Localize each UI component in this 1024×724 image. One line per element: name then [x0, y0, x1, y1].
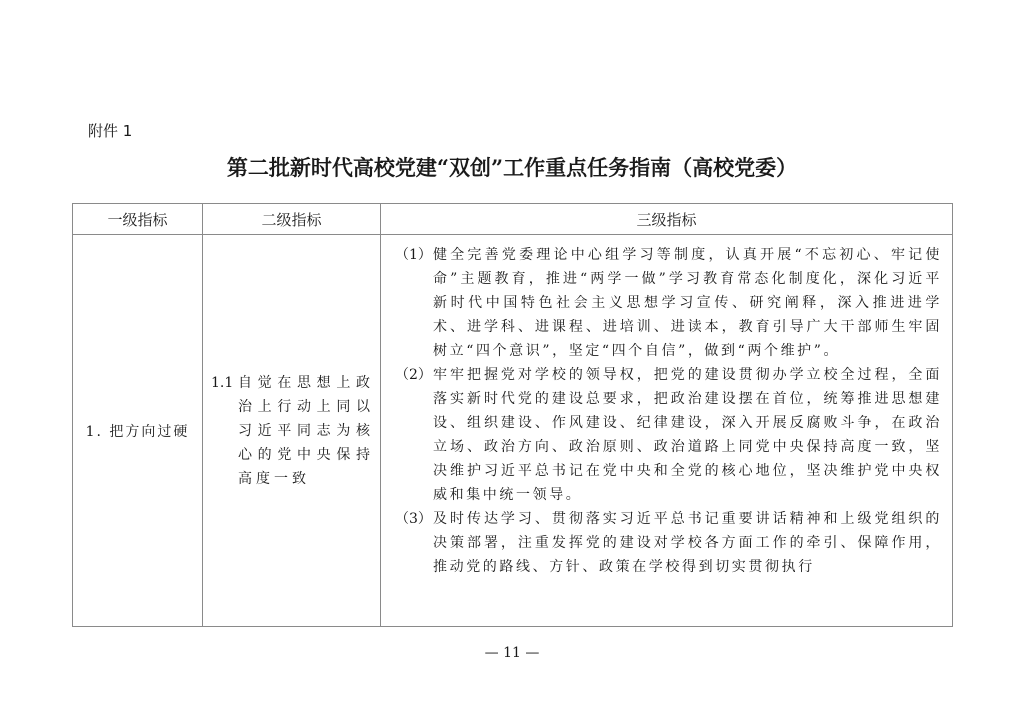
level2-text: 自觉在思想上政治上行动上同以习近平同志为核心的党中央保持高度一致: [238, 371, 374, 491]
level1-indicator-cell: 1. 把方向过硬: [73, 235, 203, 627]
page-number: — 11 —: [0, 645, 1024, 661]
level3-indicator-cell: （1） 健全完善党委理论中心组学习等制度，认真开展“不忘初心、牢记使命”主题教育…: [381, 235, 953, 627]
level3-item-number: （3）: [395, 507, 433, 579]
table-row: 1. 把方向过硬 1.1 自觉在思想上政治上行动上同以习近平同志为核心的党中央保…: [73, 235, 953, 627]
header-level3-indicator: 三级指标: [381, 204, 953, 235]
task-guide-table: 一级指标 二级指标 三级指标 1. 把方向过硬 1.1 自觉在思想上政治上行动上…: [72, 203, 953, 627]
header-level2-indicator: 二级指标: [203, 204, 381, 235]
level3-item-text: 及时传达学习、贯彻落实习近平总书记重要讲话精神和上级党组织的决策部署，注重发挥党…: [433, 507, 942, 579]
level2-indicator: 1.1 自觉在思想上政治上行动上同以习近平同志为核心的党中央保持高度一致: [211, 371, 374, 491]
level3-item-text: 健全完善党委理论中心组学习等制度，认真开展“不忘初心、牢记使命”主题教育，推进“…: [433, 243, 942, 363]
attachment-label: 附件 1: [88, 120, 132, 141]
table-header-row: 一级指标 二级指标 三级指标: [73, 204, 953, 235]
level3-item: （3） 及时传达学习、贯彻落实习近平总书记重要讲话精神和上级党组织的决策部署，注…: [395, 507, 942, 579]
level3-item-text: 牢牢把握党对学校的领导权，把党的建设贯彻办学立校全过程，全面落实新时代党的建设总…: [433, 363, 942, 507]
level3-item: （1） 健全完善党委理论中心组学习等制度，认真开展“不忘初心、牢记使命”主题教育…: [395, 243, 942, 363]
level3-item: （2） 牢牢把握党对学校的领导权，把党的建设贯彻办学立校全过程，全面落实新时代党…: [395, 363, 942, 507]
level2-indicator-cell: 1.1 自觉在思想上政治上行动上同以习近平同志为核心的党中央保持高度一致: [203, 235, 381, 627]
header-level1-indicator: 一级指标: [73, 204, 203, 235]
level3-item-number: （2）: [395, 363, 433, 507]
document-title: 第二批新时代高校党建“双创”工作重点任务指南（高校党委）: [0, 152, 1024, 182]
level3-item-number: （1）: [395, 243, 433, 363]
level2-number: 1.1: [211, 371, 238, 491]
